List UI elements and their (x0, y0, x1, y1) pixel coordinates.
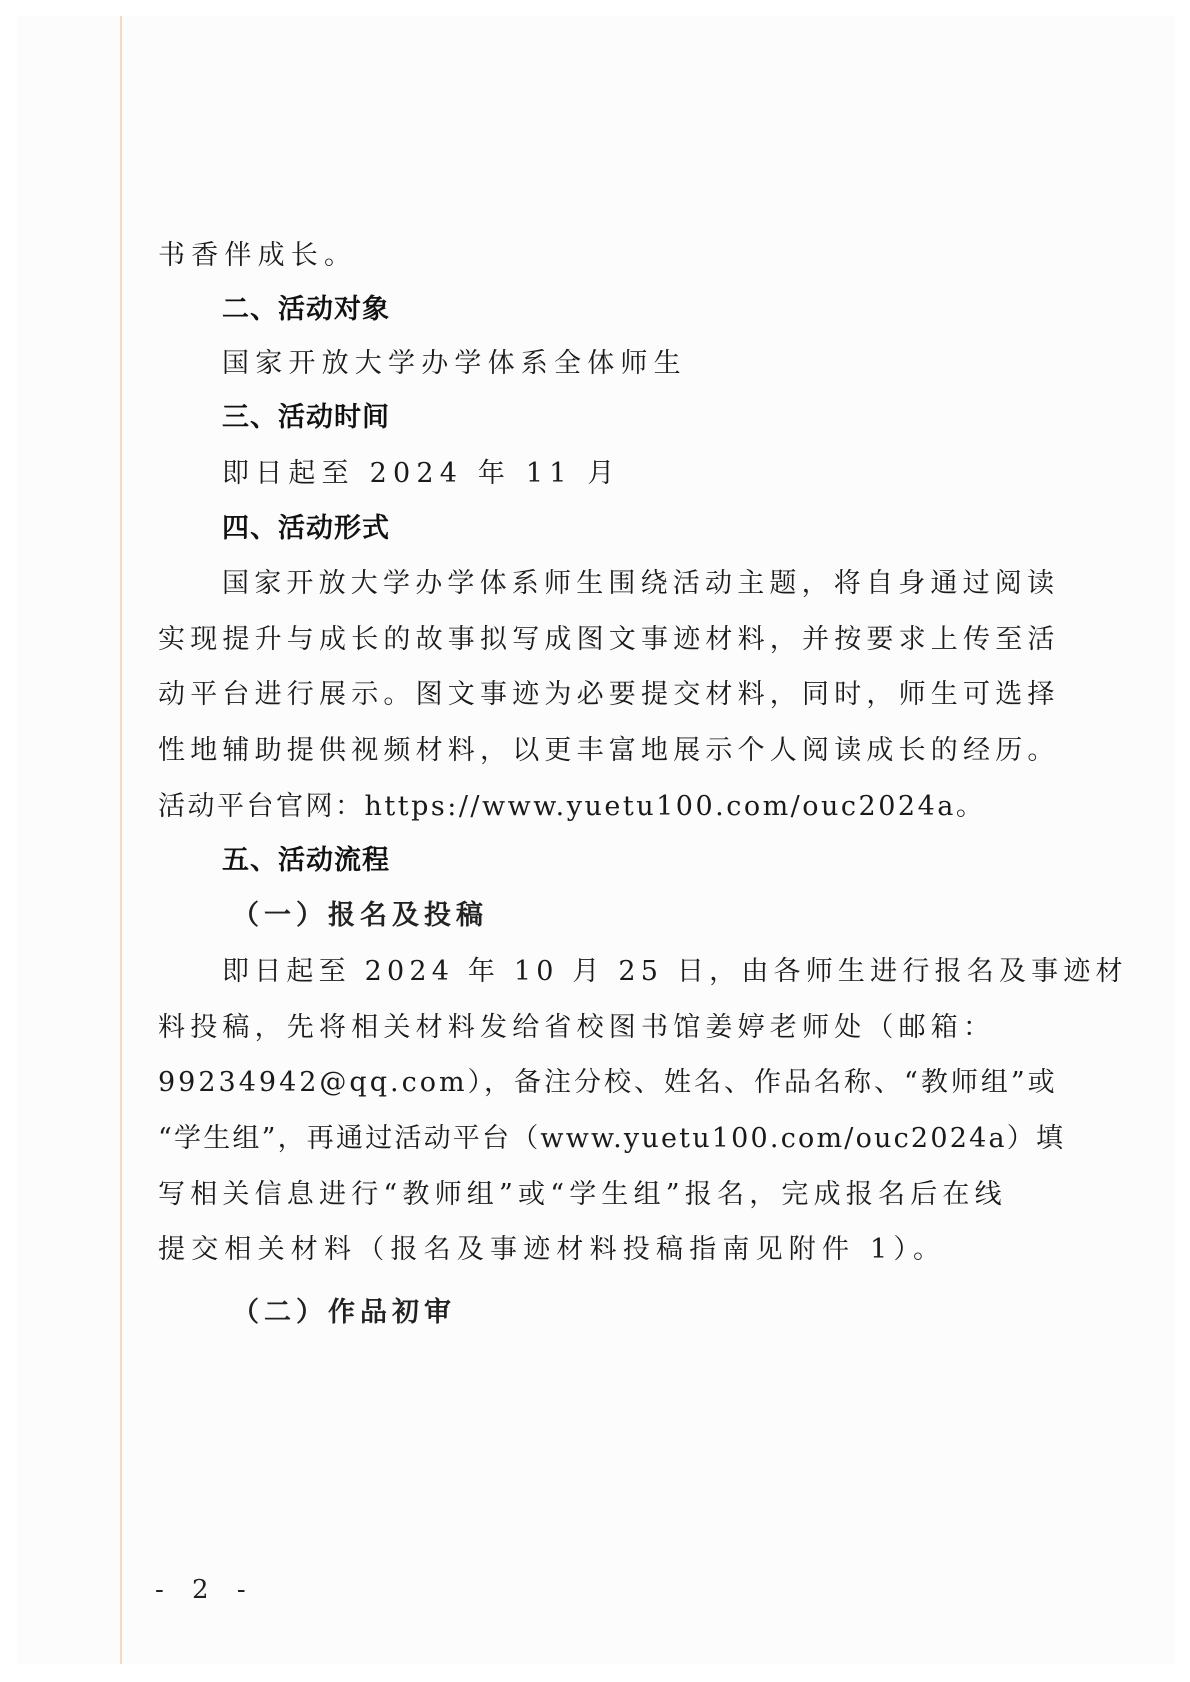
body-text-line: 国家开放大学办学体系师生围绕活动主题，将自身通过阅读 (222, 566, 1102, 602)
section-heading-activity-form: 四、活动形式 (222, 511, 390, 547)
body-text-line: 写相关信息进行“教师组”或“学生组”报名，完成报名后在线 (158, 1177, 1038, 1213)
platform-url-line: “学生组”，再通过活动平台（www.yuetu100.com/ouc2024a）… (158, 1121, 1038, 1157)
section-heading-activity-process: 五、活动流程 (222, 843, 390, 879)
platform-url-line: 活动平台官网：https://www.yuetu100.com/ouc2024a… (158, 789, 1038, 825)
subheading-preliminary-review: （二）作品初审 (232, 1295, 456, 1331)
subheading-registration-submission: （一）报名及投稿 (232, 898, 488, 934)
body-text-line: 国家开放大学办学体系全体师生 (222, 346, 1102, 382)
body-text-line: 提交相关材料（报名及事迹材料投稿指南见附件 1）。 (158, 1232, 1038, 1268)
page-number: - 2 - (155, 1572, 256, 1608)
body-text-line: 即日起至 2024 年 10 月 25 日，由各师生进行报名及事迹材 (222, 954, 1102, 990)
body-text-line: 书香伴成长。 (158, 238, 1038, 274)
body-text-line: 料投稿，先将相关材料发给省校图书馆姜婷老师处（邮箱： (158, 1010, 1038, 1046)
section-heading-activity-time: 三、活动时间 (222, 400, 390, 436)
email-line: 99234942@qq.com），备注分校、姓名、作品名称、“教师组”或 (158, 1065, 1038, 1101)
body-text-line: 性地辅助提供视频材料，以更丰富地展示个人阅读成长的经历。 (158, 733, 1038, 769)
body-text-line: 实现提升与成长的故事拟写成图文事迹材料，并按要求上传至活 (158, 622, 1038, 658)
body-text-line: 动平台进行展示。图文事迹为必要提交材料，同时，师生可选择 (158, 677, 1038, 713)
section-heading-target-audience: 二、活动对象 (222, 292, 390, 328)
binding-margin-line (120, 16, 122, 1664)
body-text-line: 即日起至 2024 年 11 月 (222, 456, 1102, 492)
